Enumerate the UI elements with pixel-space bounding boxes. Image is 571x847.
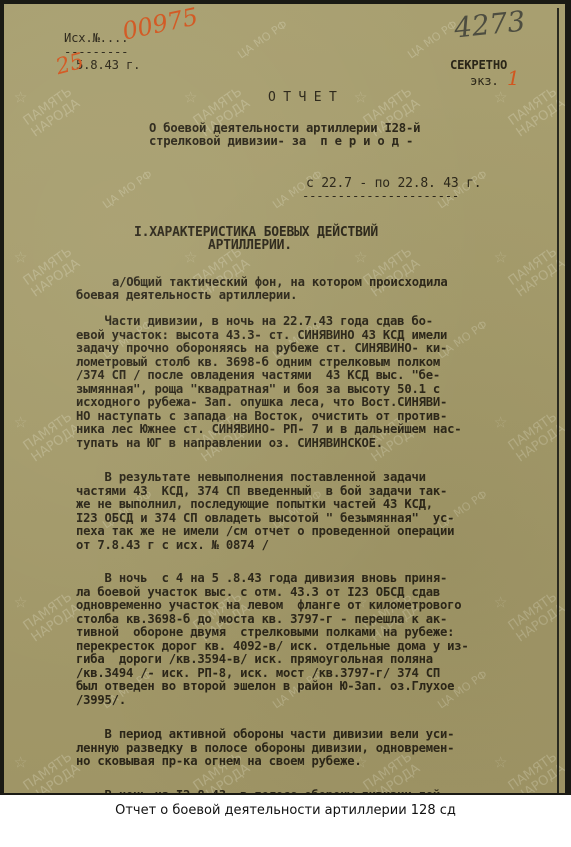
project-watermark: ПАМЯТЬ НАРОДА bbox=[21, 410, 82, 464]
period-underline: ---------------------- bbox=[302, 190, 459, 203]
paragraph-line: ленную разведку в полосе обороны дивизии… bbox=[76, 742, 454, 755]
classification-stamp: СЕКРЕТНО bbox=[450, 59, 507, 72]
star-watermark-icon: ☆ bbox=[14, 749, 27, 774]
paragraph-line: тупать на ЮГ в направлении оз. СИНЯВИНСК… bbox=[76, 437, 383, 450]
paragraph-line: НО наступать с запада на Восток, очистит… bbox=[76, 410, 447, 423]
paragraph-line: Части дивизии, в ночь на 22.7.43 года сд… bbox=[76, 315, 433, 328]
image-caption: Отчет о боевой деятельности артиллерии 1… bbox=[0, 803, 571, 818]
star-watermark-icon: ☆ bbox=[184, 244, 197, 269]
project-watermark: ПАМЯТЬ НАРОДА bbox=[21, 590, 82, 644]
paragraph-line: от 7.8.43 г с исх. № 0874 / bbox=[76, 539, 269, 552]
document-scan: ПАМЯТЬ НАРОДАПАМЯТЬ НАРОДАПАМЯТЬ НАРОДАП… bbox=[0, 0, 571, 795]
star-watermark-icon: ☆ bbox=[354, 244, 367, 269]
archive-mark-handwritten: 4273 bbox=[452, 4, 526, 44]
paragraph-line: же не выполнил, последующие попытки част… bbox=[76, 498, 433, 511]
archive-watermark: ЦА МО РФ bbox=[236, 19, 290, 61]
paragraph-line: /3995/. bbox=[76, 694, 126, 707]
paragraph-line: ника лес Южнее ст. СИНЯВИНО- РП- 7 и в д… bbox=[76, 423, 461, 436]
star-watermark-icon: ☆ bbox=[354, 84, 367, 109]
paragraph-line: гиба дороги /кв.3594-в/ иск. прямоугольн… bbox=[76, 653, 433, 666]
project-watermark: ПАМЯТЬ НАРОДА bbox=[361, 750, 422, 793]
copy-number-handwritten: 1 bbox=[507, 66, 520, 90]
paragraph-line: /374 СП / после овладения частями 43 КСД… bbox=[76, 369, 440, 382]
paragraph-line: В ночь на I2.8.43, в полосе обороны диви… bbox=[76, 789, 447, 794]
archive-watermark: ЦА МО РФ bbox=[406, 19, 460, 61]
copy-label: экз. bbox=[470, 75, 499, 88]
star-watermark-icon: ☆ bbox=[494, 589, 507, 614]
paragraph-line: лометровый столб кв. 3698-б одним стрелк… bbox=[76, 356, 440, 369]
subsection-line: боевая деятельность артиллерии. bbox=[76, 289, 297, 302]
paragraph-line: был отведен во второй эшелон в район Ю-З… bbox=[76, 680, 454, 693]
archive-watermark: ЦА МО РФ bbox=[101, 169, 155, 211]
paragraph-line: перекресток дорог кв. 4092-в/ иск. отдел… bbox=[76, 640, 469, 653]
paragraph-line: одновременно участок на левом фланге от … bbox=[76, 599, 461, 612]
paragraph-line: евой участок: высота 43.3- ст. СИНЯВИНО … bbox=[76, 329, 447, 342]
document-title: О Т Ч Е Т bbox=[268, 91, 337, 104]
page-edge bbox=[557, 8, 559, 793]
paragraph-line: но сковывая пр-ка огнем на своем рубеже. bbox=[76, 755, 362, 768]
paragraph-line: столба кв.3698-б до моста кв. 3797-г - п… bbox=[76, 613, 447, 626]
star-watermark-icon: ☆ bbox=[494, 244, 507, 269]
star-watermark-icon: ☆ bbox=[14, 409, 27, 434]
paragraph-line: пеха так же не имели /см отчет о проведе… bbox=[76, 525, 454, 538]
outgoing-number-label: Исх.№.... bbox=[64, 32, 128, 45]
paragraph-line: В ночь с 4 на 5 .8.43 года дивизия вновь… bbox=[76, 572, 447, 585]
paragraph-line: В период активной обороны части дивизии … bbox=[76, 728, 454, 741]
paragraph-line: исходного рубежа- Зап. опушка леса, что … bbox=[76, 396, 447, 409]
paragraph-line: зымянная", роща "квадратная" и боя за вы… bbox=[76, 383, 440, 396]
paragraph-line: В результате невыполнения поставленной з… bbox=[76, 471, 426, 484]
paragraph-line: I23 ОБСД и 374 СП овладеть высотой " без… bbox=[76, 512, 454, 525]
project-watermark: ПАМЯТЬ НАРОДА bbox=[361, 245, 422, 299]
project-watermark: ПАМЯТЬ НАРОДА bbox=[21, 750, 82, 793]
paragraph-line: /кв.3494 /- иск. РП-8, иск. мост /кв.379… bbox=[76, 667, 440, 680]
subtitle-line: стрелковой дивизии- за п е р и о д - bbox=[149, 135, 413, 148]
section-heading-line: АРТИЛЛЕРИИ. bbox=[208, 239, 292, 252]
project-watermark: ПАМЯТЬ НАРОДА bbox=[21, 245, 82, 299]
star-watermark-icon: ☆ bbox=[14, 589, 27, 614]
star-watermark-icon: ☆ bbox=[184, 84, 197, 109]
paragraph-line: тивной обороне двумя стрелковыми полками… bbox=[76, 626, 454, 639]
paper-sheet: ПАМЯТЬ НАРОДАПАМЯТЬ НАРОДАПАМЯТЬ НАРОДАП… bbox=[4, 4, 565, 793]
star-watermark-icon: ☆ bbox=[494, 749, 507, 774]
date-day-handwritten: 25 bbox=[53, 49, 87, 80]
paragraph-line: частями 43 КСД, 374 СП введенный в бой з… bbox=[76, 485, 447, 498]
project-watermark: ПАМЯТЬ НАРОДА bbox=[21, 85, 82, 139]
outgoing-number-handwritten: 00975 bbox=[120, 4, 201, 46]
star-watermark-icon: ☆ bbox=[14, 244, 27, 269]
star-watermark-icon: ☆ bbox=[494, 409, 507, 434]
paragraph-line: ла боевой участок выс. с отм. 43.3 от I2… bbox=[76, 586, 440, 599]
paragraph-line: задачу прочно обороняясь на рубеже ст. С… bbox=[76, 342, 447, 355]
star-watermark-icon: ☆ bbox=[14, 84, 27, 109]
